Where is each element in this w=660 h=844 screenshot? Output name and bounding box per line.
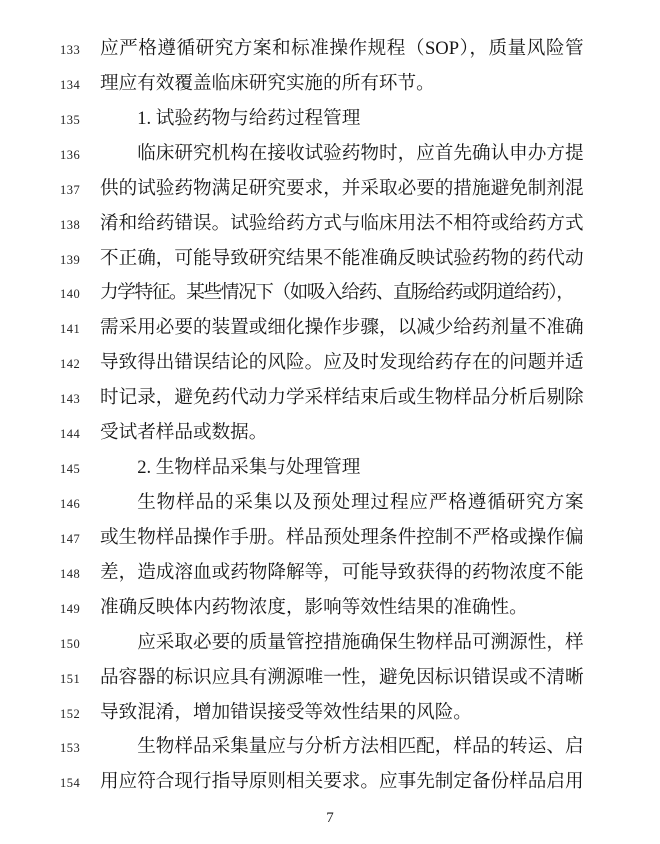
line-number: 152 <box>60 707 100 722</box>
line-number: 153 <box>60 741 100 756</box>
line-text: 力学特征。某些情况下（如吸入给药、直肠给药或阴道给药）， <box>100 276 584 311</box>
line-number: 148 <box>60 567 100 582</box>
line-row: 141 需采用必要的装置或细化操作步骤，以减少给药剂量不准确 <box>0 311 660 346</box>
line-row: 139 不正确，可能导致研究结果不能准确反映试验药物的药代动 <box>0 242 660 277</box>
line-text: 准确反映体内药物浓度，影响等效性结果的准确性。 <box>100 591 584 626</box>
line-row: 145 2. 生物样品采集与处理管理 <box>0 451 660 486</box>
page-number: 7 <box>0 810 660 827</box>
line-text: 1. 试验药物与给药过程管理 <box>100 102 584 137</box>
line-row: 143 时记录，避免药代动力学采样结束后或生物样品分析后剔除 <box>0 381 660 416</box>
line-text: 用应符合现行指导原则相关要求。应事先制定备份样品启用 <box>100 765 584 800</box>
line-number: 137 <box>60 183 100 198</box>
line-text: 理应有效覆盖临床研究实施的所有环节。 <box>100 67 584 102</box>
line-number: 133 <box>60 43 100 58</box>
line-row: 146 生物样品的采集以及预处理过程应严格遵循研究方案 <box>0 486 660 521</box>
line-row: 144 受试者样品或数据。 <box>0 416 660 451</box>
line-row: 142 导致得出错误结论的风险。应及时发现给药存在的问题并适 <box>0 346 660 381</box>
line-number: 143 <box>60 392 100 407</box>
line-number: 136 <box>60 148 100 163</box>
line-row: 138 淆和给药错误。试验给药方式与临床用法不相符或给药方式 <box>0 207 660 242</box>
document-lines: 133 应严格遵循研究方案和标准操作规程（SOP），质量风险管 134 理应有效… <box>0 32 660 800</box>
line-row: 153 生物样品采集量应与分析方法相匹配，样品的转运、启 <box>0 730 660 765</box>
line-text: 时记录，避免药代动力学采样结束后或生物样品分析后剔除 <box>100 381 584 416</box>
line-number: 147 <box>60 532 100 547</box>
line-row: 134 理应有效覆盖临床研究实施的所有环节。 <box>0 67 660 102</box>
line-text: 淆和给药错误。试验给药方式与临床用法不相符或给药方式 <box>100 207 584 242</box>
line-text: 需采用必要的装置或细化操作步骤，以减少给药剂量不准确 <box>100 311 584 346</box>
line-text: 生物样品的采集以及预处理过程应严格遵循研究方案 <box>100 486 584 521</box>
line-row: 133 应严格遵循研究方案和标准操作规程（SOP），质量风险管 <box>0 32 660 67</box>
line-row: 148 差，造成溶血或药物降解等，可能导致获得的药物浓度不能 <box>0 556 660 591</box>
line-text: 导致混淆，增加错误接受等效性结果的风险。 <box>100 696 584 731</box>
line-number: 139 <box>60 253 100 268</box>
line-text: 应严格遵循研究方案和标准操作规程（SOP），质量风险管 <box>100 32 584 67</box>
line-row: 147 或生物样品操作手册。样品预处理条件控制不严格或操作偏 <box>0 521 660 556</box>
line-text: 供的试验药物满足研究要求，并采取必要的措施避免制剂混 <box>100 172 584 207</box>
line-number: 140 <box>60 287 100 302</box>
document-page: 133 应严格遵循研究方案和标准操作规程（SOP），质量风险管 134 理应有效… <box>0 0 660 844</box>
line-text: 导致得出错误结论的风险。应及时发现给药存在的问题并适 <box>100 346 584 381</box>
line-number: 146 <box>60 497 100 512</box>
line-row: 150 应采取必要的质量管控措施确保生物样品可溯源性，样 <box>0 626 660 661</box>
line-text: 临床研究机构在接收试验药物时，应首先确认申办方提 <box>100 137 584 172</box>
line-number: 142 <box>60 357 100 372</box>
line-row: 151 品容器的标识应具有溯源唯一性，避免因标识错误或不清晰 <box>0 661 660 696</box>
line-number: 151 <box>60 672 100 687</box>
line-row: 154 用应符合现行指导原则相关要求。应事先制定备份样品启用 <box>0 765 660 800</box>
line-number: 149 <box>60 602 100 617</box>
line-row: 137 供的试验药物满足研究要求，并采取必要的措施避免制剂混 <box>0 172 660 207</box>
line-text: 品容器的标识应具有溯源唯一性，避免因标识错误或不清晰 <box>100 661 584 696</box>
line-text: 不正确，可能导致研究结果不能准确反映试验药物的药代动 <box>100 242 584 277</box>
line-text: 差，造成溶血或药物降解等，可能导致获得的药物浓度不能 <box>100 556 584 591</box>
line-row: 152 导致混淆，增加错误接受等效性结果的风险。 <box>0 696 660 731</box>
line-text: 2. 生物样品采集与处理管理 <box>100 451 584 486</box>
line-number: 134 <box>60 78 100 93</box>
line-number: 154 <box>60 776 100 791</box>
line-number: 145 <box>60 462 100 477</box>
line-row: 136 临床研究机构在接收试验药物时，应首先确认申办方提 <box>0 137 660 172</box>
line-number: 138 <box>60 218 100 233</box>
line-number: 135 <box>60 113 100 128</box>
line-row: 135 1. 试验药物与给药过程管理 <box>0 102 660 137</box>
line-text: 或生物样品操作手册。样品预处理条件控制不严格或操作偏 <box>100 521 584 556</box>
line-number: 141 <box>60 322 100 337</box>
line-row: 140 力学特征。某些情况下（如吸入给药、直肠给药或阴道给药）， <box>0 276 660 311</box>
line-number: 150 <box>60 637 100 652</box>
line-row: 149 准确反映体内药物浓度，影响等效性结果的准确性。 <box>0 591 660 626</box>
line-text: 生物样品采集量应与分析方法相匹配，样品的转运、启 <box>100 730 584 765</box>
line-text: 受试者样品或数据。 <box>100 416 584 451</box>
line-text: 应采取必要的质量管控措施确保生物样品可溯源性，样 <box>100 626 584 661</box>
line-number: 144 <box>60 427 100 442</box>
